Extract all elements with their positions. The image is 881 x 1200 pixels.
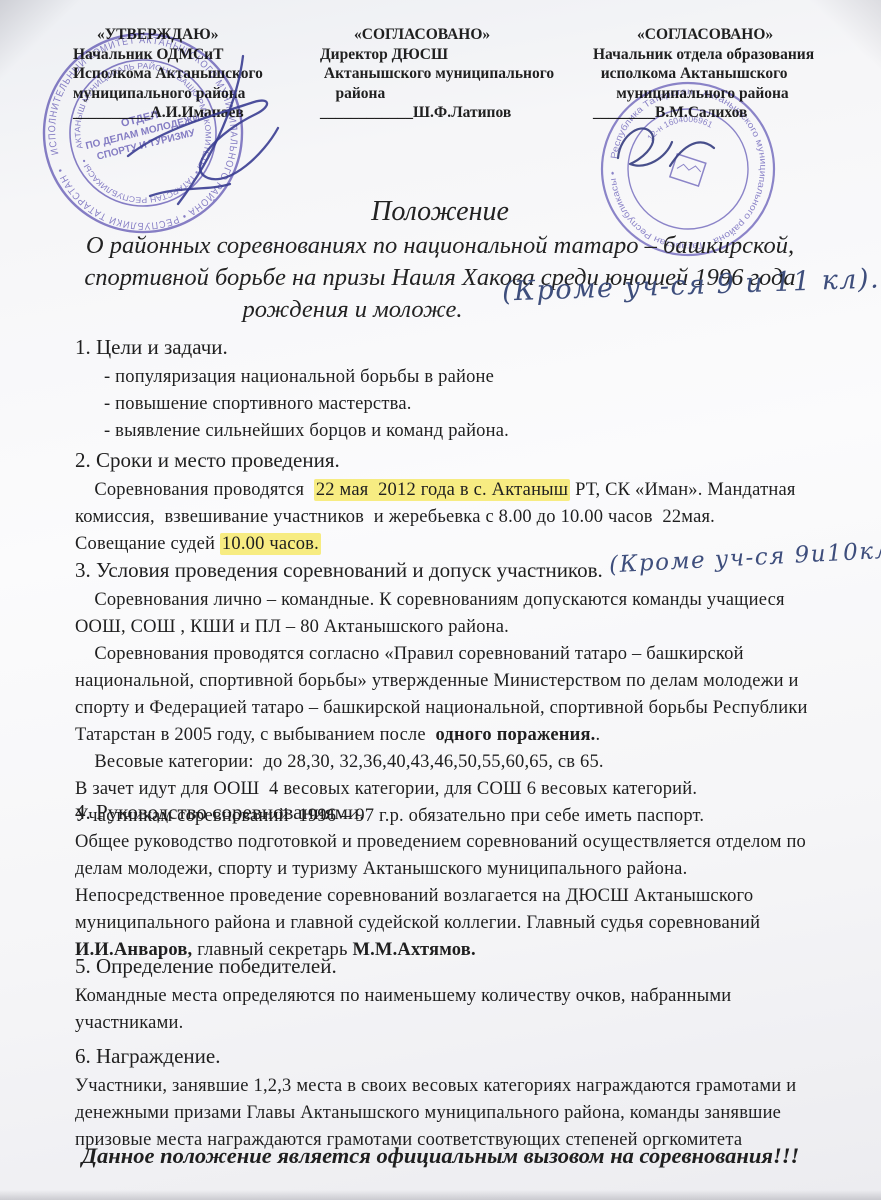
section-goals: 1. Цели и задачи. - популяризация национ…	[75, 334, 867, 445]
signature-line: ____________	[320, 104, 413, 121]
section-heading: 6. Награждение.	[75, 1043, 867, 1069]
section-dates-place: 2. Сроки и место проведения. Соревновани…	[75, 447, 867, 558]
text-segment: Общее руководство подготовкой и проведен…	[75, 832, 806, 933]
section-body: Соревнования лично – командные. К соревн…	[75, 587, 867, 830]
section-body: Командные места определяются по наименьш…	[75, 983, 867, 1037]
text-segment: 22 мая 2012 года в с. Актаныш	[314, 479, 570, 501]
signer-name: Ш.Ф.Латипов	[413, 104, 511, 121]
section-heading: 4. Руководство соревнованиями.	[75, 799, 867, 825]
section-awards: 6. Награждение. Участники, занявшие 1,2,…	[75, 1043, 867, 1154]
scan-edge-shadow	[0, 1190, 881, 1200]
signature-stroke	[670, 142, 714, 166]
section-winners: 5. Определение победителей. Командные ме…	[75, 953, 867, 1037]
section-body: Общее руководство подготовкой и проведен…	[75, 829, 867, 964]
official-call-line: Данное положение является официальным вы…	[0, 1143, 881, 1169]
text-segment: Соревнования лично – командные. К соревн…	[75, 590, 808, 745]
signature-salikhov	[600, 108, 730, 188]
text-segment: Соревнования проводятся	[75, 480, 314, 500]
agree2-label: «СОГЛАСОВАНО»	[593, 25, 881, 45]
section-management: 4. Руководство соревнованиями. Общее рук…	[75, 799, 867, 964]
document-title: Положение О районных соревнованиях по на…	[40, 194, 840, 326]
text-segment: Командные места определяются по наименьш…	[75, 986, 731, 1033]
title-line: О районных соревнованиях по национальной…	[40, 230, 840, 262]
section-heading: 2. Сроки и место проведения.	[75, 447, 867, 473]
signature-stroke	[178, 56, 243, 204]
section-body: Участники, занявшие 1,2,3 места в своих …	[75, 1073, 867, 1154]
text-segment: - популяризация национальной борьбы в ра…	[75, 367, 509, 441]
text-segment: 10.00 часов.	[220, 533, 321, 555]
section-heading: 1. Цели и задачи.	[75, 334, 867, 360]
agree1-block: «СОГЛАСОВАНО» Директор ДЮСШ Актанышского…	[320, 25, 586, 123]
agree1-label: «СОГЛАСОВАНО»	[320, 25, 586, 45]
text-segment: Участники, занявшие 1,2,3 места в своих …	[75, 1076, 796, 1150]
section-heading: 5. Определение победителей.	[75, 953, 867, 979]
document-page: «УТВЕРЖДАЮ» Начальник ОДМСиТ Исполкома А…	[0, 0, 881, 1200]
title-word: Положение	[40, 194, 840, 230]
agree1-signature-line: ____________Ш.Ф.Латипов	[320, 103, 586, 123]
signature-stroke	[618, 128, 672, 165]
agree1-body: Директор ДЮСШ Актанышского муниципальног…	[320, 45, 586, 104]
text-segment: одного поражения.	[436, 725, 596, 745]
section-conditions: 3. Условия проведения соревнований и доп…	[75, 557, 867, 830]
section-body: - популяризация национальной борьбы в ра…	[75, 364, 867, 445]
